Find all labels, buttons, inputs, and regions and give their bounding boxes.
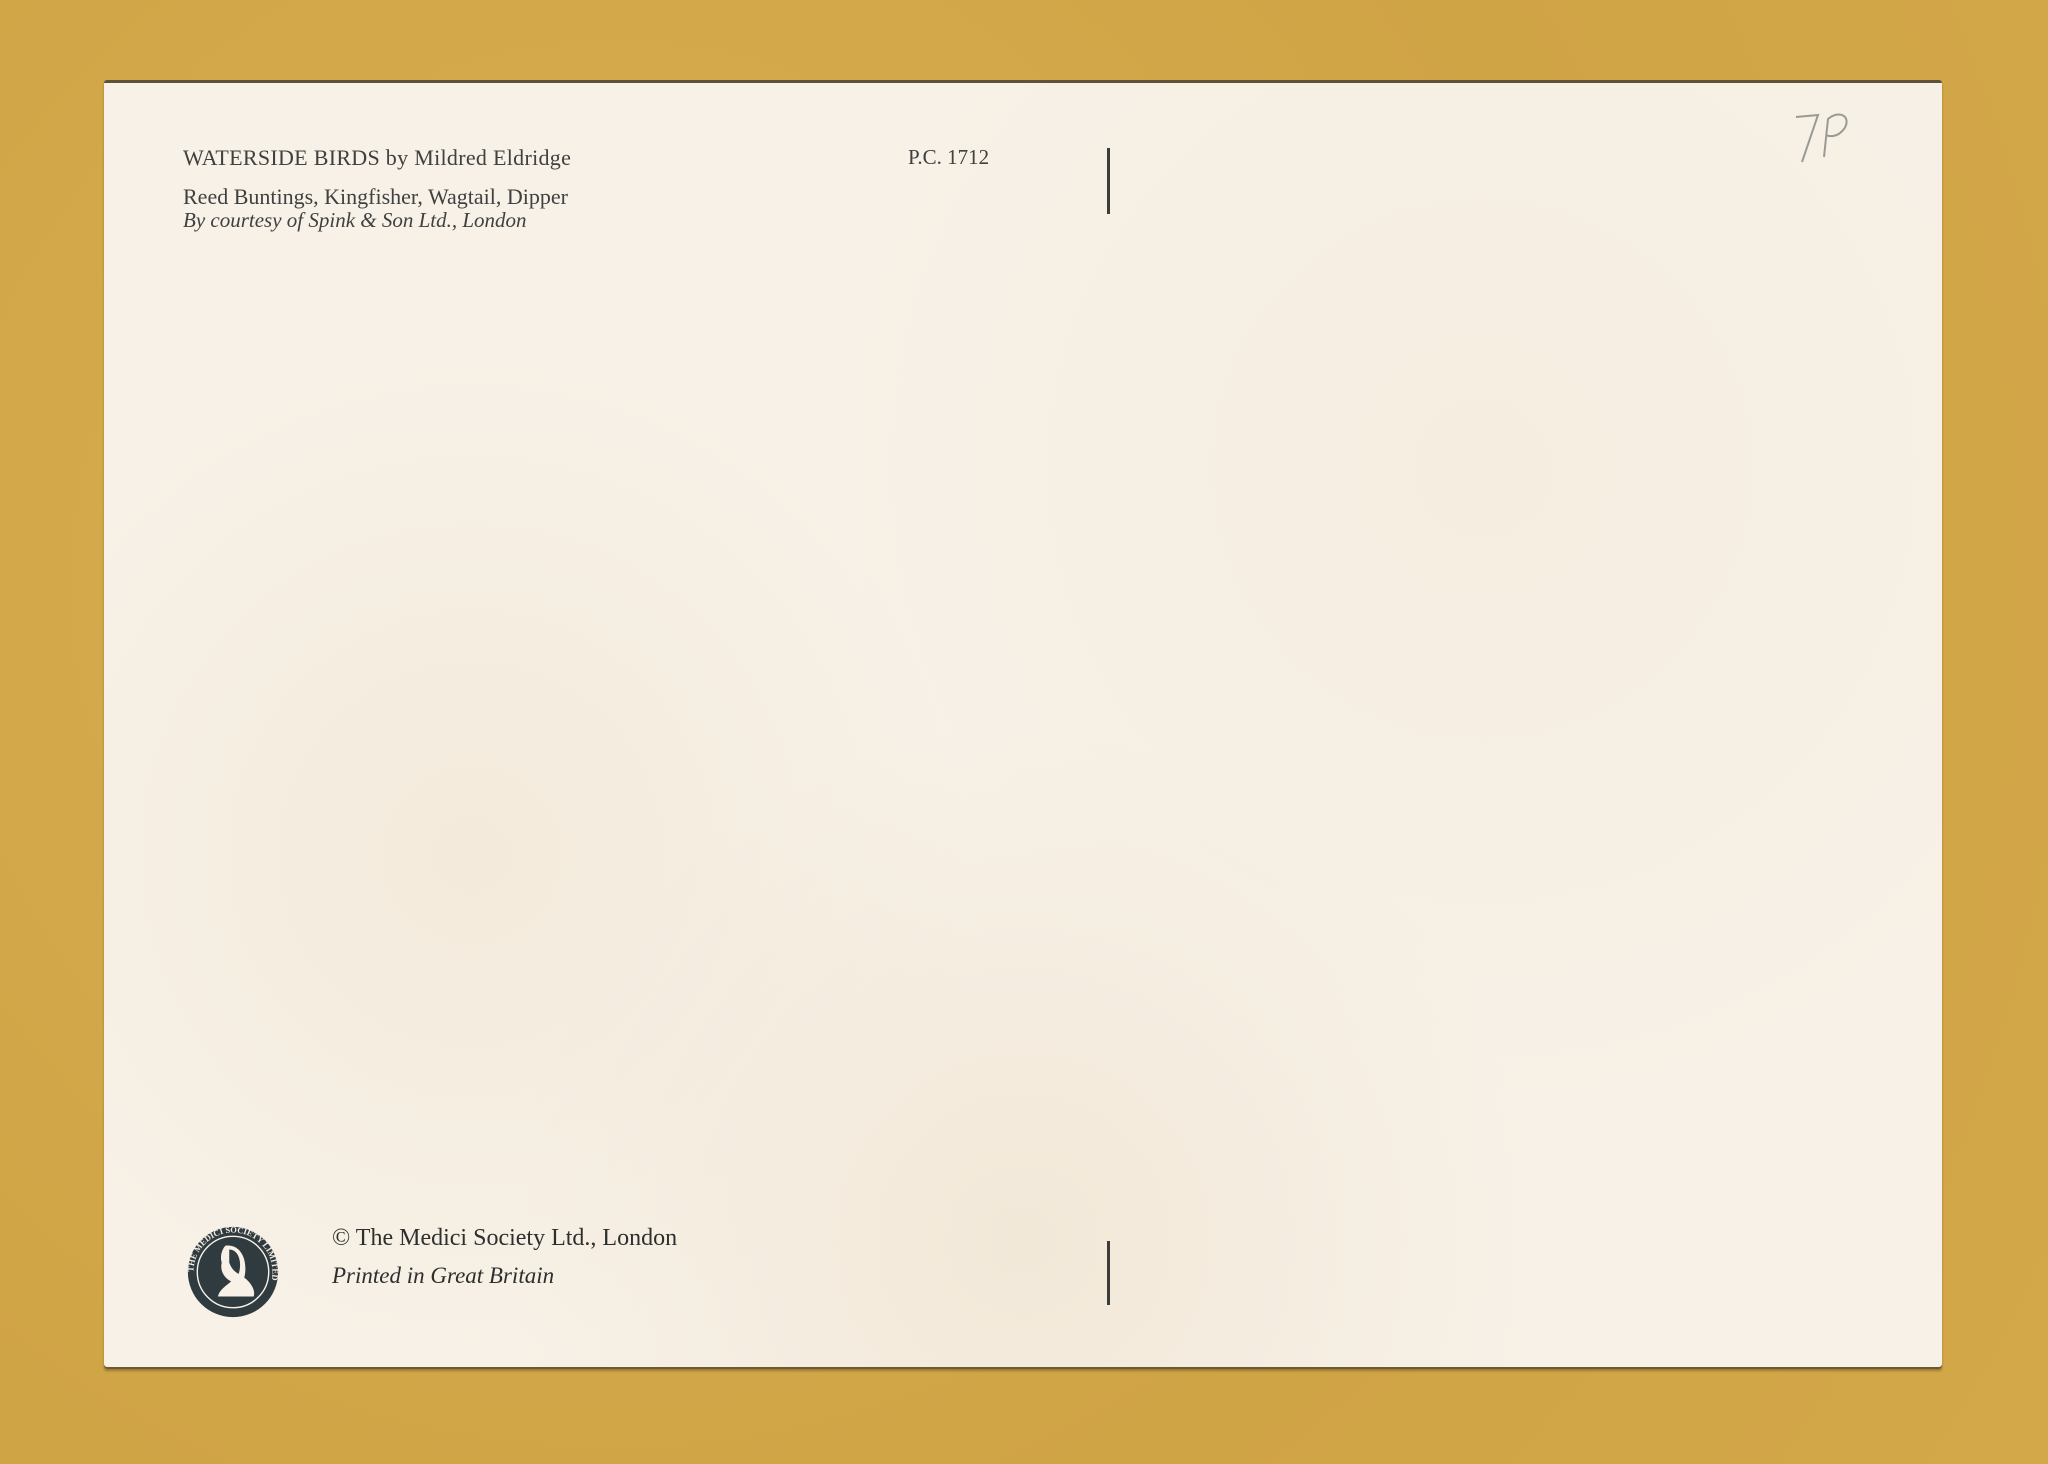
copyright-line: © The Medici Society Ltd., London	[332, 1225, 677, 1252]
courtesy-line: By courtesy of Spink & Son Ltd., London	[183, 208, 527, 233]
handwritten-note-icon	[1790, 107, 1860, 167]
catalogue-number: P.C. 1712	[908, 145, 989, 170]
postcard-back: WATERSIDE BIRDS by Mildred Eldridge Reed…	[104, 80, 1942, 1369]
divider-top	[1107, 148, 1110, 214]
postcard-subtitle: Reed Buntings, Kingfisher, Wagtail, Dipp…	[183, 184, 568, 210]
medici-society-seal-icon: THE MEDICI SOCIETY LIMITED	[186, 1225, 280, 1319]
postcard-title: WATERSIDE BIRDS by Mildred Eldridge	[183, 145, 571, 171]
printed-line: Printed in Great Britain	[332, 1263, 554, 1289]
divider-bottom	[1107, 1241, 1110, 1305]
